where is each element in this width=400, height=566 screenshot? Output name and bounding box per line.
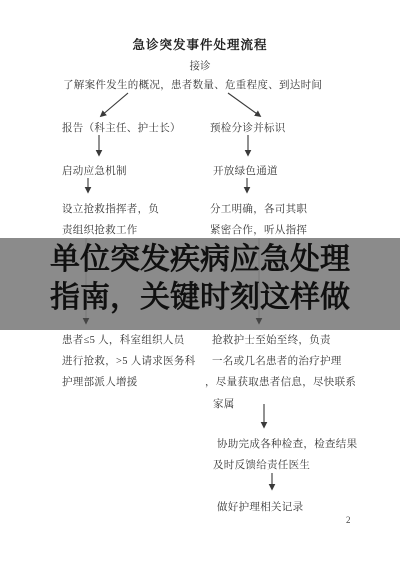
flow-step-reception: 接诊 [0, 58, 400, 73]
flow-right-division-line1: 分工明确，各司其职 [210, 201, 307, 216]
flow-left-report: 报告（科主任、护士长） [62, 120, 181, 135]
flow-right-triage: 预检分诊并标识 [210, 120, 286, 135]
page-number: 2 [346, 515, 351, 525]
flow-left-patients-line1: 患者≤5 人，科室组织人员 [62, 332, 185, 347]
flow-right-nurse-line2: 一名或几名患者的治疗护理 [212, 353, 342, 368]
flow-left-commander-line2: 责组织抢救工作 [62, 222, 138, 237]
banner-headline-line2: 指南，关键时刻这样做 [0, 283, 400, 313]
banner-headline-line1: 单位突发疾病应急处理 [0, 245, 400, 275]
flow-left-patients-line3: 护理部派人增援 [62, 374, 138, 389]
flow-right-record: 做好护理相关记录 [217, 499, 303, 514]
document-page: 急诊突发事件处理流程 接诊 了解案件发生的概况，患者数量、危重程度、到达时间 报… [0, 0, 400, 566]
flow-step-overview: 了解案件发生的概况，患者数量、危重程度、到达时间 [63, 77, 322, 92]
flow-right-exam-line2: 及时反馈给责任医生 [213, 457, 310, 472]
flow-left-patients-line2: 进行抢救，>5 人请求医务科 [62, 353, 196, 368]
flow-right-division-line2: 紧密合作，听从指挥 [210, 222, 307, 237]
arrow-diagonal-left [101, 93, 128, 116]
page-title: 急诊突发事件处理流程 [0, 35, 400, 53]
flow-right-nurse-line1: 抢救护士至始至终，负责 [212, 332, 331, 347]
headline-banner: 单位突发疾病应急处理 指南，关键时刻这样做 [0, 238, 400, 330]
flow-right-nurse-line4: 家属 [213, 396, 235, 411]
flow-left-commander-line1: 设立抢救指挥者，负 [62, 201, 159, 216]
flow-right-green-channel: 开放绿色通道 [213, 163, 278, 178]
flow-right-exam-line1: 协助完成各种检查，检查结果 [217, 436, 357, 451]
arrow-diagonal-right [228, 93, 260, 116]
flow-right-nurse-line3: ，尽量获取患者信息，尽快联系 [205, 374, 356, 389]
flow-left-activate: 启动应急机制 [62, 163, 127, 178]
